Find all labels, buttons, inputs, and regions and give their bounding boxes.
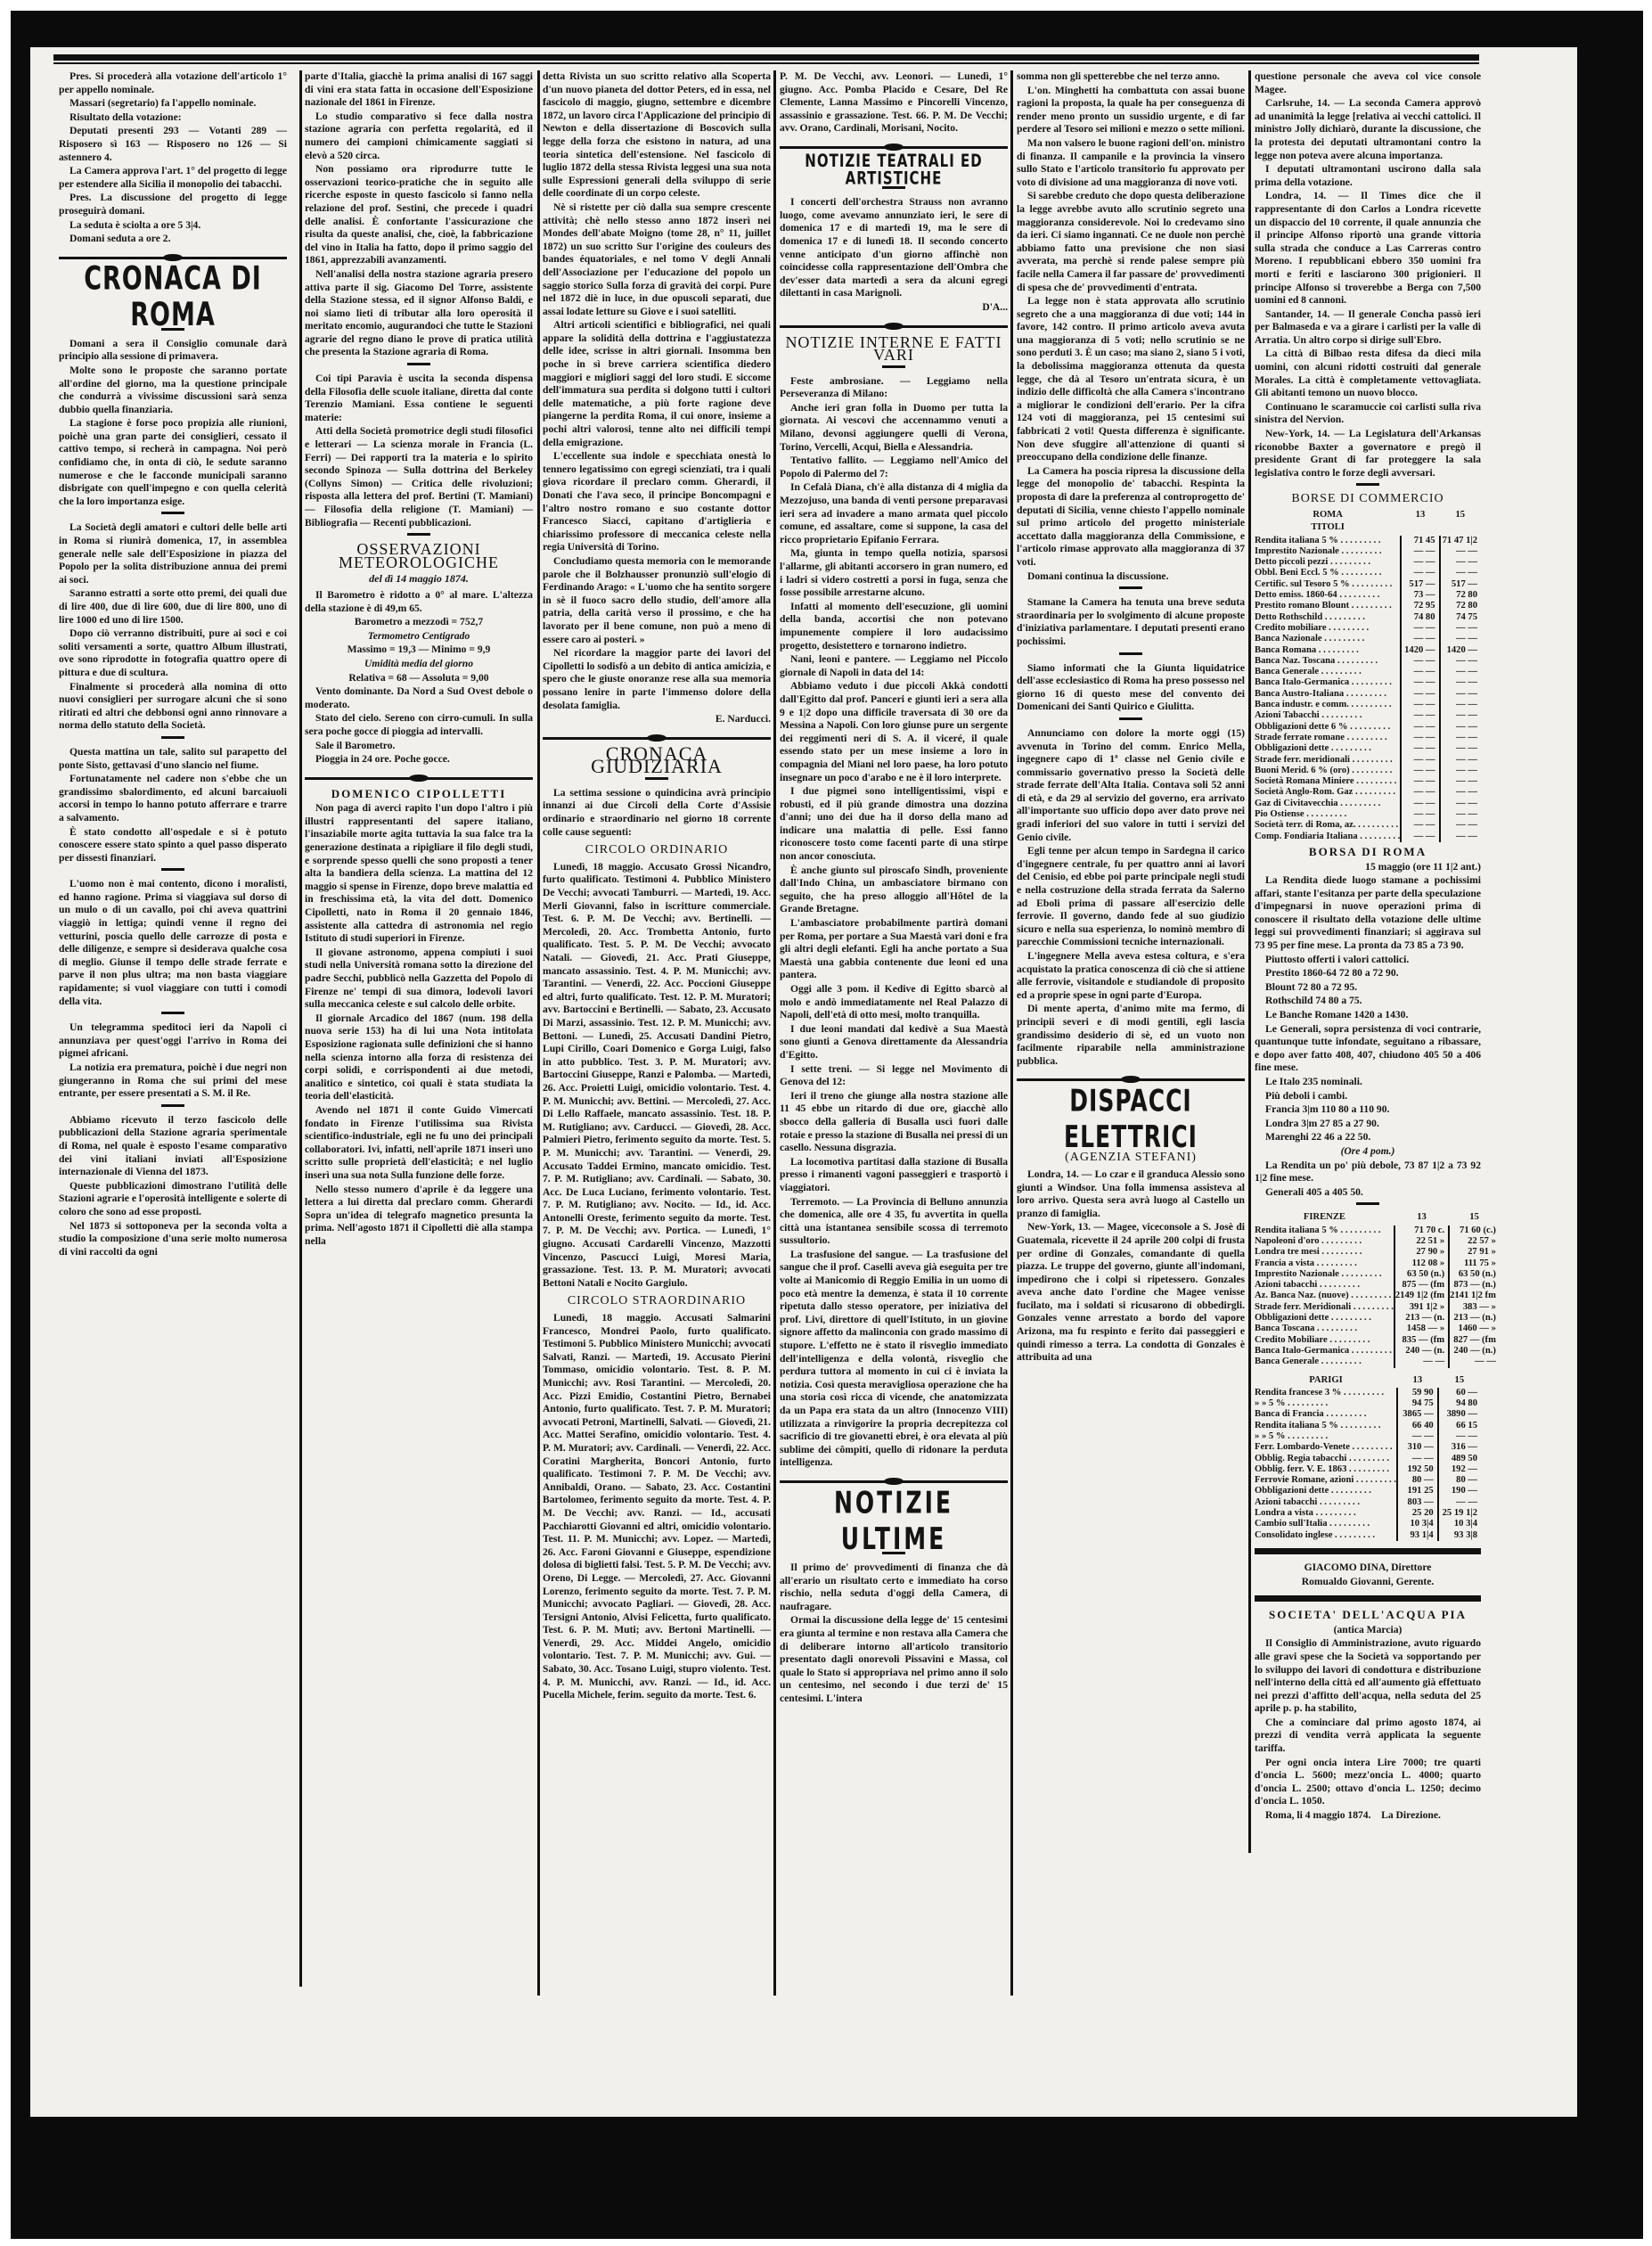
short-rule <box>161 512 184 514</box>
price-day-15: 10 3|4 <box>1438 1519 1481 1529</box>
security-name: Obblig. Regia tabacchi . . . . . . . . . <box>1255 1454 1397 1464</box>
table-row: Rendita italiana 5 % . . . . . . . . .71… <box>1255 536 1481 546</box>
paragraph: Le Generali, sopra persistenza di voci c… <box>1255 1023 1481 1075</box>
price-day-13: — — <box>1401 546 1439 557</box>
column-2: parte d'Italia, giacchè la prima analisi… <box>305 70 533 1249</box>
table-row: Ferr. Lombardo-Venete . . . . . . . . .3… <box>1255 1442 1481 1453</box>
table-row: » » 5 % . . . . . . . . .— —— — <box>1255 1431 1481 1442</box>
security-name: Banca di Francia . . . . . . . . . <box>1255 1409 1397 1420</box>
price-day-13: — — <box>1394 1357 1449 1367</box>
price-day-15: 1460 — » <box>1449 1324 1500 1334</box>
paragraph: parte d'Italia, giacchè la prima analisi… <box>305 70 533 110</box>
paragraph: Coi tipi Paravia è uscita la seconda dis… <box>305 373 533 424</box>
section-headline-cronaca-giudiziaria: CRONACA GIUDIZIARIA <box>543 748 771 774</box>
price-day-15: 489 50 <box>1438 1454 1481 1464</box>
table-row: Rendita francese 3 % . . . . . . . . .59… <box>1255 1388 1481 1398</box>
price-day-13: 2149 1|2 (fm <box>1394 1291 1449 1301</box>
paragraph: Piuttosto offerti i valori cattolici. <box>1255 954 1481 967</box>
roma-exchange-table: ROMA1315TITOLIRendita italiana 5 % . . .… <box>1255 510 1481 842</box>
meteo-humidity: Relativa = 68 — Assoluta = 9,00 <box>305 672 533 685</box>
paragraph: Carlsruhe, 14. — La seconda Camera appro… <box>1255 97 1481 162</box>
price-day-15: — — <box>1440 766 1481 776</box>
acqua-pia-subtitle: (antica Marcia) <box>1255 1624 1481 1637</box>
security-name: Detto emiss. 1860-64 . . . . . . . . . <box>1255 590 1401 601</box>
paragraph: Abbiamo veduto i due piccoli Akkà condot… <box>780 680 1008 784</box>
security-name: Pio Ostiense . . . . . . . . . <box>1255 809 1401 820</box>
security-name: Ferrovie Romane, azioni . . . . . . . . … <box>1255 1475 1397 1486</box>
price-day-13: 73 — <box>1401 590 1439 601</box>
paragraph: Massari (segretario) fa l'appello nomina… <box>59 97 287 111</box>
column-rule <box>773 70 776 1996</box>
signature: E. Narducci. <box>543 713 771 726</box>
column-6: questione personale che aveva col vice c… <box>1255 70 1481 1824</box>
price-day-15: — — <box>1440 787 1481 798</box>
price-day-13: 213 — (n. <box>1394 1313 1449 1324</box>
parigi-exchange-table: PARIGI1315Rendita francese 3 % . . . . .… <box>1255 1375 1481 1541</box>
paragraph: detta Rivista un suo scritto relativo al… <box>543 70 771 201</box>
security-name: Obbligazioni dette 6 % . . . . . . . . . <box>1255 722 1401 733</box>
price-day-13: 192 50 <box>1397 1464 1438 1475</box>
price-day-13: — — <box>1401 766 1439 776</box>
price-day-13: — — <box>1401 820 1439 831</box>
price-day-15: — — <box>1440 623 1481 634</box>
table-row: Francia a vista . . . . . . . . .112 08 … <box>1255 1258 1500 1269</box>
price-day-15: 383 — » <box>1449 1302 1500 1313</box>
price-day-15: — — <box>1440 700 1481 710</box>
security-name: Rendita italiana 5 % . . . . . . . . . <box>1255 536 1401 546</box>
titles-header: TITOLI <box>1255 522 1401 535</box>
paragraph: Nel 1873 si sottoponeva per la seconda v… <box>59 1220 287 1259</box>
price-day-15: — — <box>1440 689 1481 700</box>
security-name: Detto piccoli pezzi . . . . . . . . . <box>1255 557 1401 568</box>
paragraph: Ieri il treno che giunge alla nostra sta… <box>780 1090 1008 1155</box>
security-name: Londra a vista . . . . . . . . . <box>1255 1508 1397 1519</box>
ornament-divider <box>305 774 533 783</box>
paragraph: Avendo nel 1871 il conte Guido Vimercati… <box>305 1104 533 1183</box>
price-day-13: 835 — (fm <box>1394 1335 1449 1346</box>
paragraph: Tentativo fallito. — Leggiamo nell'Amico… <box>780 455 1008 480</box>
price-day-15: 190 — <box>1438 1486 1481 1496</box>
table-row: » » 5 % . . . . . . . . .94 7594 80 <box>1255 1398 1481 1409</box>
table-row: Società Romana Miniere . . . . . . . . .… <box>1255 776 1481 787</box>
table-row: Obblig. Regia tabacchi . . . . . . . . .… <box>1255 1454 1481 1464</box>
table-row: Obbligazioni dette . . . . . . . . .191 … <box>1255 1486 1481 1496</box>
price-day-13: — — <box>1401 733 1439 743</box>
security-name: Banca Generale . . . . . . . . . <box>1255 1357 1394 1367</box>
price-day-15: — — <box>1440 568 1481 578</box>
price-day-15: — — <box>1440 656 1481 667</box>
price-day-15: 192 — <box>1438 1464 1481 1475</box>
section-headline-dispacci-elettrici: DISPACCI ELETTRICI <box>1017 1084 1245 1156</box>
security-name: » » 5 % . . . . . . . . . <box>1255 1398 1397 1409</box>
paragraph: Marenghi 22 46 a 22 50. <box>1255 1131 1481 1144</box>
price-day-15: — — <box>1438 1431 1481 1442</box>
security-name: Società Romana Miniere . . . . . . . . . <box>1255 776 1401 787</box>
paragraph: P. M. De Vecchi, avv. Leonori. — Lunedì,… <box>780 70 1008 135</box>
price-day-15: 72 80 <box>1440 601 1481 611</box>
price-day-15: — — <box>1440 733 1481 743</box>
price-day-13: 1458 — » <box>1394 1324 1449 1334</box>
paragraph: Lo studio comparativo si fece dalla nost… <box>305 111 533 162</box>
price-day-13: 10 3|4 <box>1397 1519 1438 1529</box>
paragraph: La trasfusione del sangue. — La trasfusi… <box>780 1249 1008 1470</box>
security-name: Obbligazioni dette . . . . . . . . . <box>1255 743 1401 754</box>
table-row: Banca Italo-Germanica . . . . . . . . .—… <box>1255 677 1481 688</box>
price-day-15: — — <box>1440 743 1481 754</box>
paragraph: I due pigmei sono intelligentissimi, vis… <box>780 785 1008 864</box>
table-row: Banca Romana . . . . . . . . .1420 —1420… <box>1255 645 1481 656</box>
section-headline-cronaca-di-roma: CRONACA DI ROMA <box>59 261 287 333</box>
table-row: Società Anglo-Rom. Gaz . . . . . . . . .… <box>1255 787 1481 798</box>
table-row: Cambio sull'Italia . . . . . . . . .10 3… <box>1255 1519 1481 1529</box>
paragraph: La Rendita diede luogo stamane a pochiss… <box>1255 874 1481 953</box>
signature: D'A... <box>780 301 1008 315</box>
meteo-thermometer-label: Termometro Centigrado <box>305 630 533 643</box>
price-day-13: — — <box>1401 634 1439 644</box>
table-row: Certific. sul Tesoro 5 % . . . . . . . .… <box>1255 579 1481 590</box>
price-day-13: 22 51 » <box>1394 1236 1449 1247</box>
price-day-13: 71 70 c. <box>1394 1225 1449 1236</box>
security-name: Rendita italiana 5 % . . . . . . . . . <box>1255 1225 1394 1236</box>
short-rule <box>161 1104 184 1107</box>
price-day-13: 517 — <box>1401 579 1439 590</box>
paragraph: questione personale che aveva col vice c… <box>1255 70 1481 96</box>
paragraph: Il Barometro è ridotto a 0° al mare. L'a… <box>305 589 533 615</box>
price-day-15: 240 — (n.) <box>1449 1346 1500 1357</box>
paragraph: Il giovane astronomo, appena compiuti i … <box>305 947 533 1012</box>
price-day-13: — — <box>1401 700 1439 710</box>
table-row: Azioni Tabacchi . . . . . . . . .— —— — <box>1255 710 1481 721</box>
price-day-15: 72 80 <box>1440 590 1481 601</box>
meteo-humidity-label: Umidità media del giorno <box>305 658 533 671</box>
short-rule <box>882 365 905 368</box>
paragraph: Nani, leoni e pantere. — Leggiamo nel Pi… <box>780 653 1008 679</box>
price-day-15: 93 3|8 <box>1438 1530 1481 1541</box>
paragraph: Londra, 14. — Il Times dice che il rappr… <box>1255 190 1481 307</box>
security-name: Azioni tabacchi . . . . . . . . . <box>1255 1280 1394 1291</box>
date-column-header: 15 <box>1438 1375 1481 1388</box>
paragraph: I due leoni mandati dal kedivè a Sua Mae… <box>780 1023 1008 1062</box>
security-name: Obbligazioni dette . . . . . . . . . <box>1255 1313 1394 1324</box>
exchange-city: ROMA <box>1255 510 1401 522</box>
table-header-row: ROMA1315 <box>1255 510 1481 522</box>
security-name: Londra tre mesi . . . . . . . . . <box>1255 1247 1394 1258</box>
price-day-15: 71 60 (c.) <box>1449 1225 1500 1236</box>
date-column-header: 13 <box>1401 510 1439 522</box>
table-row: Detto piccoli pezzi . . . . . . . . .— —… <box>1255 557 1481 568</box>
price-day-13: — — <box>1401 656 1439 667</box>
borsa-time: 15 maggio (ore 11 1|2 ant.) <box>1255 861 1481 874</box>
security-name: Detto Rothschild . . . . . . . . . <box>1255 612 1401 623</box>
table-row: Rendita italiana 5 % . . . . . . . . .71… <box>1255 1225 1500 1236</box>
security-name: » » 5 % . . . . . . . . . <box>1255 1431 1397 1442</box>
table-row: Società terr. di Roma, az. . . . . . . .… <box>1255 820 1481 831</box>
paragraph: Vento dominante. Da Nord a Sud Ovest deb… <box>305 685 533 711</box>
top-rule <box>53 54 1479 61</box>
short-rule <box>161 868 184 871</box>
paragraph: Le Italo 235 nominali. <box>1255 1076 1481 1089</box>
paragraph: Oggi alle 3 pom. il Kedive di Egitto sba… <box>780 983 1008 1022</box>
price-day-15: 517 — <box>1440 579 1481 590</box>
security-name: Strade ferrate romane . . . . . . . . . <box>1255 733 1401 743</box>
column-1: Pres. Si procederà alla votazione dell'a… <box>59 70 287 1259</box>
price-day-13: — — <box>1401 809 1439 820</box>
paragraph: Santander, 14. — Il generale Concha pass… <box>1255 308 1481 348</box>
price-day-13: 1420 — <box>1401 645 1439 656</box>
price-day-15: 2141 1|2 fm <box>1449 1291 1500 1301</box>
firenze-exchange-table: FIRENZE1315Rendita italiana 5 % . . . . … <box>1255 1212 1500 1367</box>
price-day-15: 27 91 » <box>1449 1247 1500 1258</box>
short-rule <box>1119 652 1142 655</box>
security-name: Banca Naz. Toscana . . . . . . . . . <box>1255 656 1401 667</box>
paragraph: La Società degli amatori e cultori delle… <box>59 521 287 586</box>
paragraph: La Rendita un po' più debole, 73 87 1|2 … <box>1255 1160 1481 1185</box>
price-day-13: 71 45 <box>1401 536 1439 546</box>
borse-headline: BORSE DI COMMERCIO <box>1255 493 1481 506</box>
paragraph: Di mente aperta, d'animo mite ma fermo, … <box>1017 1003 1245 1068</box>
empty-cell <box>1401 522 1439 535</box>
table-row: Imprestito Nazionale . . . . . . . . .63… <box>1255 1269 1500 1280</box>
table-row: Gaz di Civitavecchia . . . . . . . . .— … <box>1255 799 1481 809</box>
table-row: Strade ferr. Meridionali . . . . . . . .… <box>1255 1302 1500 1313</box>
security-name: Banca Italo-Germanica . . . . . . . . . <box>1255 677 1401 688</box>
table-row: Strade ferrate romane . . . . . . . . .—… <box>1255 733 1481 743</box>
paragraph: Londra 3|m 27 85 a 27 90. <box>1255 1118 1481 1131</box>
table-row: Banca Generale . . . . . . . . .— —— — <box>1255 667 1481 677</box>
paragraph: Un telegramma speditoci ieri da Napoli c… <box>59 1021 287 1061</box>
price-day-13: 391 1|2 » <box>1394 1302 1449 1313</box>
table-row: Strade ferr. meridionali . . . . . . . .… <box>1255 755 1481 766</box>
price-day-15: 111 75 » <box>1449 1258 1500 1269</box>
date-column-header: 13 <box>1397 1375 1438 1388</box>
notice-date-signature: Roma, li 4 maggio 1874. La Direzione. <box>1255 1809 1481 1823</box>
price-day-13: — — <box>1401 799 1439 809</box>
table-row: Pio Ostiense . . . . . . . . .— —— — <box>1255 809 1481 820</box>
paragraph: In Cefalà Diana, ch'è alla distanza di 4… <box>780 481 1008 546</box>
paragraph: Terremoto. — La Provincia di Belluno ann… <box>780 1196 1008 1248</box>
paragraph: Non paga di averci rapito l'un dopo l'al… <box>305 802 533 946</box>
table-row: Londra a vista . . . . . . . . .25 2025 … <box>1255 1508 1481 1519</box>
short-rule <box>645 777 668 780</box>
paragraph: Nello stesso numero d'aprile è da legger… <box>305 1184 533 1249</box>
top-rule-thin <box>53 62 1479 64</box>
paragraph: Concludiamo questa memoria con le memora… <box>543 555 771 646</box>
price-day-15: 827 — (fm <box>1449 1335 1500 1346</box>
paragraph: Stamane la Camera ha tenuta una breve se… <box>1017 596 1245 648</box>
paragraph: Domani seduta a ore 2. <box>59 233 287 246</box>
column-rule <box>299 70 302 1987</box>
paragraph: Domani continua la discussione. <box>1017 570 1245 584</box>
price-day-13: — — <box>1401 568 1439 578</box>
security-name: Credito mobiliare . . . . . . . . . <box>1255 623 1401 634</box>
short-rule <box>407 363 430 365</box>
table-row: Credito mobiliare . . . . . . . . .— —— … <box>1255 623 1481 634</box>
subheading-circolo-straordinario: CIRCOLO STRAORDINARIO <box>543 1295 771 1308</box>
paragraph: Ma non valsero le buone ragioni dell'on.… <box>1017 137 1245 189</box>
price-day-15: — — <box>1440 710 1481 721</box>
paragraph: Nè si ristette per ciò dalla sua sempre … <box>543 201 771 318</box>
paragraph: Per ogni oncia intera Lire 7000; tre qua… <box>1255 1757 1481 1808</box>
price-day-15: — — <box>1440 776 1481 787</box>
short-rule <box>1119 586 1142 589</box>
paragraph: Questa mattina un tale, salito sul parap… <box>59 746 287 772</box>
paragraph: Le Banche Romane 1420 a 1430. <box>1255 1009 1481 1022</box>
acqua-pia-headline: SOCIETA' DELL'ACQUA PIA <box>1255 1609 1481 1622</box>
price-day-15: 3890 — <box>1438 1409 1481 1420</box>
table-row: Detto Rothschild . . . . . . . . .74 807… <box>1255 612 1481 623</box>
security-name: Società terr. di Roma, az. . . . . . . .… <box>1255 820 1401 831</box>
price-day-13: — — <box>1401 623 1439 634</box>
meteo-date: del dì 14 maggio 1874. <box>305 572 533 586</box>
paragraph: La seduta è sciolta a ore 5 3|4. <box>59 219 287 233</box>
security-name: Strade ferr. Meridionali . . . . . . . .… <box>1255 1302 1394 1313</box>
paragraph: Rothschild 74 80 a 75. <box>1255 995 1481 1008</box>
paragraph: Dopo ciò verranno distribuiti, pure ai s… <box>59 627 287 679</box>
paragraph: Molte sono le proposte che saranno porta… <box>59 365 287 416</box>
security-name: Certific. sul Tesoro 5 % . . . . . . . .… <box>1255 579 1401 590</box>
section-headline-notizie-ultime: NOTIZIE ULTIME <box>780 1485 1008 1557</box>
paragraph: L'ambasciatore probabilmente partirà dom… <box>780 917 1008 982</box>
thick-rule <box>1255 1595 1481 1602</box>
notice-signature: La Direzione. <box>1381 1809 1441 1821</box>
borsa-di-roma-headline: BORSA DI ROMA <box>1255 846 1481 859</box>
price-day-15: — — <box>1440 820 1481 831</box>
ornament-divider <box>780 1477 1008 1486</box>
security-name: Banca Austro-Italiana . . . . . . . . . <box>1255 689 1401 700</box>
paragraph: L'eccellente sua indole e specchiata one… <box>543 450 771 554</box>
price-day-13: 875 — (fm <box>1394 1280 1449 1291</box>
security-name: Rendita francese 3 % . . . . . . . . . <box>1255 1388 1397 1398</box>
price-day-15: — — <box>1440 809 1481 820</box>
ornament-divider <box>543 734 771 742</box>
price-day-13: — — <box>1401 743 1439 754</box>
paragraph: Pioggia in 24 ore. Poche gocce. <box>305 753 533 766</box>
price-day-13: — — <box>1401 832 1439 842</box>
paragraph: La notizia era prematura, poichè i due n… <box>59 1062 287 1101</box>
security-name: Cambio sull'Italia . . . . . . . . . <box>1255 1519 1397 1529</box>
empty-cell <box>1440 522 1481 535</box>
price-day-15: 1420 — <box>1440 645 1481 656</box>
price-day-15: — — <box>1440 634 1481 644</box>
date-column-header: 15 <box>1440 510 1481 522</box>
column-4: P. M. De Vecchi, avv. Leonori. — Lunedì,… <box>780 70 1008 1707</box>
price-day-15: 80 — <box>1438 1475 1481 1486</box>
price-day-13: 310 — <box>1397 1442 1438 1453</box>
paragraph: Pres. La discussione del progetto di leg… <box>59 192 287 217</box>
paragraph: Nell'analisi della nostra stazione agrar… <box>305 268 533 359</box>
obituary-headline: DOMENICO CIPOLLETTI <box>305 788 533 801</box>
paragraph: Pres. Si procederà alla votazione dell'a… <box>59 70 287 96</box>
paragraph: Continuano le scaramuccie coi carlisti s… <box>1255 401 1481 427</box>
exchange-city: FIRENZE <box>1255 1212 1394 1225</box>
table-header-row: FIRENZE1315 <box>1255 1212 1500 1225</box>
date-column-header: 13 <box>1394 1212 1449 1225</box>
table-row: Banca industr. e comm. . . . . . . . . .… <box>1255 700 1481 710</box>
price-day-13: 803 — <box>1397 1497 1438 1508</box>
price-day-13: 80 — <box>1397 1475 1438 1486</box>
price-day-13: 25 20 <box>1397 1508 1438 1519</box>
price-day-15: — — <box>1440 546 1481 557</box>
price-day-13: 112 08 » <box>1394 1258 1449 1269</box>
table-row: Az. Banca Naz. (nuove) . . . . . . . . .… <box>1255 1291 1500 1301</box>
table-row: Londra tre mesi . . . . . . . . .27 90 »… <box>1255 1247 1500 1258</box>
price-day-13: 191 25 <box>1397 1486 1438 1496</box>
security-name: Consolidato inglese . . . . . . . . . <box>1255 1530 1397 1541</box>
paragraph: Deputati presenti 293 — Votanti 289 — Ri… <box>59 125 287 164</box>
paragraph: L'ingegnere Mella aveva estesa coltura, … <box>1017 950 1245 1002</box>
price-day-15: — — <box>1440 755 1481 766</box>
table-row: Obbligazioni dette . . . . . . . . .— ——… <box>1255 743 1481 754</box>
table-row: Azioni tabacchi . . . . . . . . .803 —— … <box>1255 1497 1481 1508</box>
director-credit: GIACOMO DINA, Direttore <box>1255 1562 1481 1575</box>
paragraph: Il giornale Arcadico del 1867 (num. 198 … <box>305 1012 533 1103</box>
price-day-13: — — <box>1401 557 1439 568</box>
date-column-header: 15 <box>1449 1212 1500 1225</box>
table-row: Rendita italiana 5 % . . . . . . . . .66… <box>1255 1421 1481 1431</box>
ornament-divider <box>780 322 1008 331</box>
table-row: Obblig. ferr. V. E. 1863 . . . . . . . .… <box>1255 1464 1481 1475</box>
security-name: Società Anglo-Rom. Gaz . . . . . . . . . <box>1255 787 1401 798</box>
price-day-15: — — <box>1449 1357 1500 1367</box>
table-row: Imprestito Nazionale . . . . . . . . .— … <box>1255 546 1481 557</box>
manager-credit: Romualdo Giovanni, Gerente. <box>1255 1576 1481 1589</box>
security-name: Francia a vista . . . . . . . . . <box>1255 1258 1394 1269</box>
paragraph: Sale il Barometro. <box>305 740 533 753</box>
table-subheader-row: TITOLI <box>1255 522 1481 535</box>
paragraph: Risultato della votazione: <box>59 111 287 125</box>
price-day-13: 27 90 » <box>1394 1247 1449 1258</box>
paragraph: La Camera approva l'art. 1° del progetto… <box>59 165 287 191</box>
paragraph: Atti della Società promotrice degli stud… <box>305 425 533 529</box>
security-name: Credito Mobiliare . . . . . . . . . <box>1255 1335 1394 1346</box>
paragraph: Domani a sera il Consiglio comunale darà… <box>59 338 287 364</box>
price-day-15: — — <box>1438 1497 1481 1508</box>
paragraph: Il Consiglio di Amministrazione, avuto r… <box>1255 1637 1481 1716</box>
paragraph: Più deboli i cambi. <box>1255 1090 1481 1103</box>
paragraph: L'uomo non è mai contento, dicono i mora… <box>59 878 287 1008</box>
security-name: Banca Generale . . . . . . . . . <box>1255 667 1401 677</box>
price-day-13: 74 80 <box>1401 612 1439 623</box>
price-day-13: 66 40 <box>1397 1421 1438 1431</box>
paragraph: somma non gli spetterebbe che nel terzo … <box>1017 70 1245 84</box>
paragraph: Blount 72 80 a 72 95. <box>1255 981 1481 995</box>
table-row: Azioni tabacchi . . . . . . . . .875 — (… <box>1255 1280 1500 1291</box>
security-name: Strade ferr. meridionali . . . . . . . .… <box>1255 755 1401 766</box>
security-name: Comp. Fondiaria Italiana . . . . . . . .… <box>1255 832 1401 842</box>
paragraph: Annunciamo con dolore la morte oggi (15)… <box>1017 727 1245 844</box>
paragraph: L'on. Minghetti ha combattuta con assai … <box>1017 85 1245 136</box>
price-day-15: 213 — (n.) <box>1449 1313 1500 1324</box>
borsa-time-afternoon: (Ore 4 pom.) <box>1255 1145 1481 1159</box>
paragraph: I concerti dell'orchestra Strauss non av… <box>780 196 1008 300</box>
paragraph: Non possiamo ora riprodurre tutte le oss… <box>305 163 533 267</box>
table-row: Obbl. Beni Eccl. 5 % . . . . . . . . .— … <box>1255 568 1481 578</box>
paragraph: Altri articoli scientifici e bibliografi… <box>543 319 771 449</box>
security-name: Imprestito Nazionale . . . . . . . . . <box>1255 546 1401 557</box>
price-day-13: — — <box>1401 787 1439 798</box>
price-day-13: 240 — (n. <box>1394 1346 1449 1357</box>
security-name: Obblig. ferr. V. E. 1863 . . . . . . . .… <box>1255 1464 1397 1475</box>
short-rule <box>1356 1202 1379 1205</box>
price-day-13: 93 1|4 <box>1397 1530 1438 1541</box>
paragraph: Lunedì, 18 maggio. Accusati Salmarini Fr… <box>543 1312 771 1702</box>
price-day-13: 63 50 (n.) <box>1394 1269 1449 1280</box>
security-name: Buoni Merid. 6 % (oro) . . . . . . . . . <box>1255 766 1401 776</box>
price-day-13: — — <box>1401 710 1439 721</box>
column-rule <box>1248 70 1251 1853</box>
meteo-max-min: Massimo = 19,3 — Minimo = 9,9 <box>305 643 533 657</box>
table-row: Banca Generale . . . . . . . . .— —— — <box>1255 1357 1500 1367</box>
